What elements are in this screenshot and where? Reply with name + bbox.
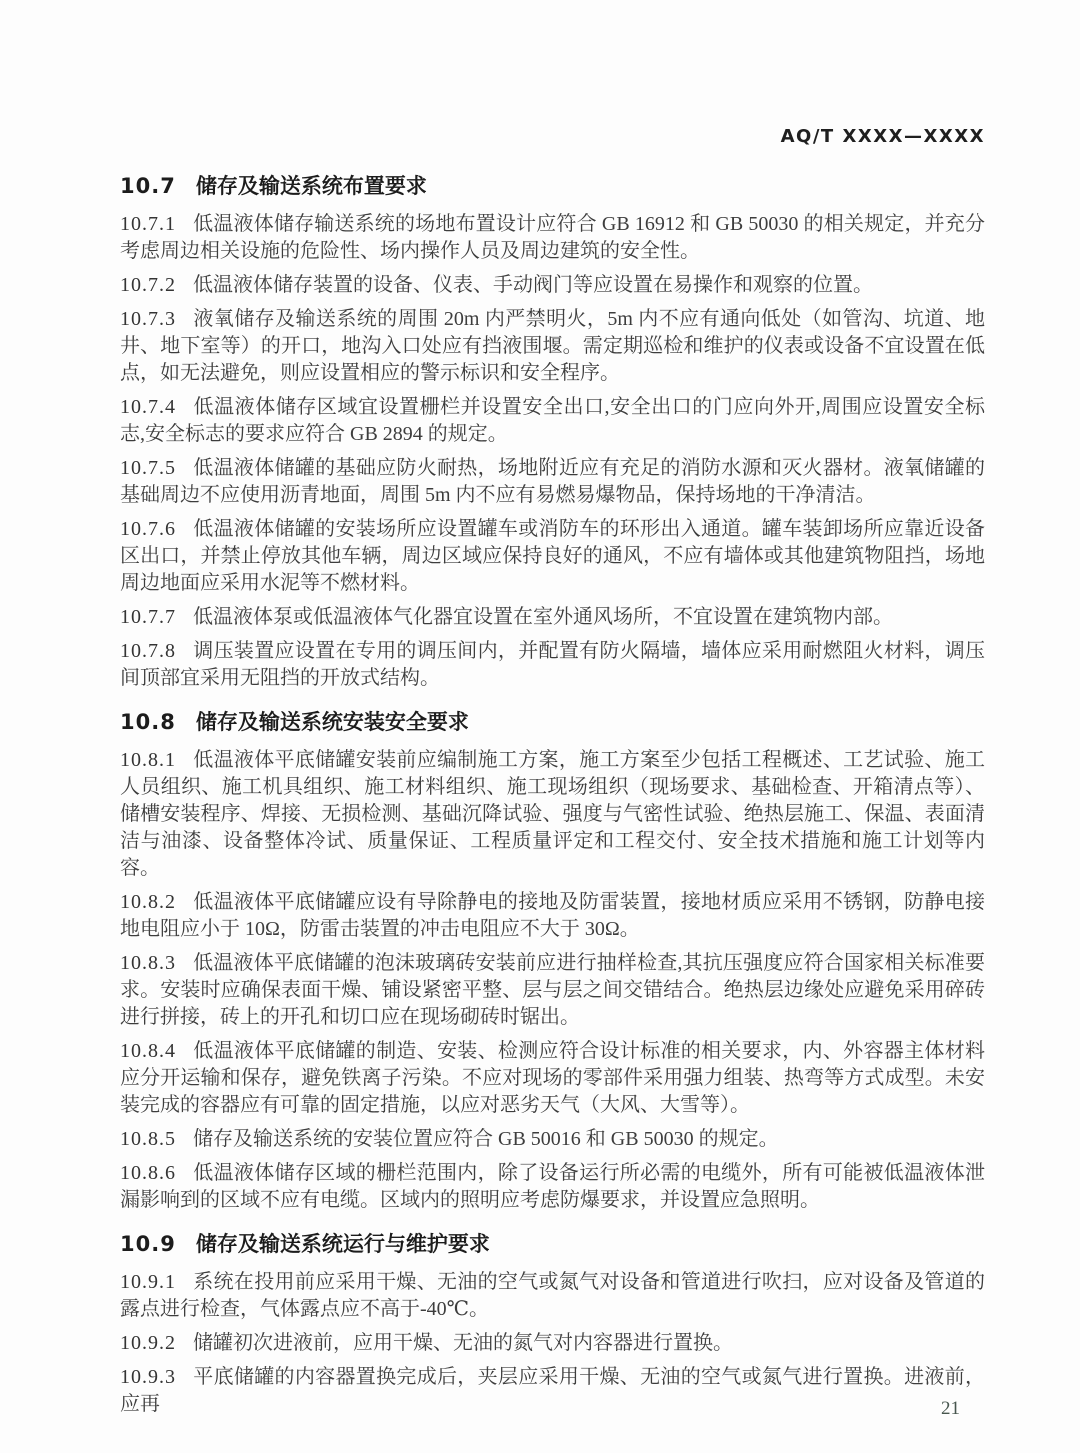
clause-number: 10.7.3	[120, 308, 176, 330]
clause-number: 10.9.1	[120, 1271, 176, 1293]
clause-number: 10.7.4	[120, 396, 176, 418]
clause-text: 低温液体平底储罐安装前应编制施工方案，施工方案至少包括工程概述、工艺试验、施工人…	[120, 749, 985, 879]
section-heading-10-9: 10.9储存及输送系统运行与维护要求	[120, 1232, 985, 1256]
clause-text: 储罐初次进液前，应用干燥、无油的氮气对内容器进行置换。	[193, 1332, 733, 1354]
document-content: AQ/T XXXX—XXXX 10.7储存及输送系统布置要求 10.7.1低温液…	[120, 0, 985, 1425]
clause-10-7-5: 10.7.5低温液体储罐的基础应防火耐热，场地附近应有充足的消防水源和灭火器材。…	[120, 455, 985, 509]
clause-text: 低温液体泵或低温液体气化器宜设置在室外通风场所，不宜设置在建筑物内部。	[193, 606, 893, 628]
clause-text: 低温液体储罐的基础应防火耐热，场地附近应有充足的消防水源和灭火器材。液氧储罐的基…	[120, 457, 985, 506]
section-number: 10.8	[120, 710, 176, 734]
clause-number: 10.7.1	[120, 213, 176, 235]
clause-10-8-3: 10.8.3低温液体平底储罐的泡沫玻璃砖安装前应进行抽样检查,其抗压强度应符合国…	[120, 950, 985, 1031]
clause-number: 10.8.4	[120, 1040, 176, 1062]
section-title: 储存及输送系统安装安全要求	[196, 710, 469, 734]
section-title: 储存及输送系统布置要求	[196, 174, 427, 198]
clause-text: 低温液体储存区域的栅栏范围内，除了设备运行所必需的电缆外，所有可能被低温液体泄漏…	[120, 1162, 985, 1211]
clause-10-7-4: 10.7.4低温液体储存区域宜设置栅栏并设置安全出口,安全出口的门应向外开,周围…	[120, 394, 985, 448]
section-heading-10-7: 10.7储存及输送系统布置要求	[120, 174, 985, 198]
clause-10-7-8: 10.7.8调压装置应设置在专用的调压间内，并配置有防火隔墙，墙体应采用耐燃阻火…	[120, 638, 985, 692]
clause-number: 10.9.2	[120, 1332, 176, 1354]
clause-10-7-7: 10.7.7低温液体泵或低温液体气化器宜设置在室外通风场所，不宜设置在建筑物内部…	[120, 604, 985, 631]
page-number: 21	[941, 1398, 960, 1420]
document-header: AQ/T XXXX—XXXX	[120, 126, 985, 148]
clause-text: 低温液体储罐的安装场所应设置罐车或消防车的环形出入通道。罐车装卸场所应靠近设备区…	[120, 518, 985, 594]
clause-text: 低温液体储存区域宜设置栅栏并设置安全出口,安全出口的门应向外开,周围应设置安全标…	[120, 396, 985, 445]
clause-number: 10.7.7	[120, 606, 176, 628]
clause-text: 低温液体储存输送系统的场地布置设计应符合 GB 16912 和 GB 50030…	[120, 213, 985, 262]
clause-text: 调压装置应设置在专用的调压间内，并配置有防火隔墙，墙体应采用耐燃阻火材料，调压间…	[120, 640, 985, 689]
clause-text: 低温液体平底储罐的制造、安装、检测应符合设计标准的相关要求，内、外容器主体材料应…	[120, 1040, 985, 1116]
clause-number: 10.7.6	[120, 518, 176, 540]
clause-number: 10.8.5	[120, 1128, 176, 1150]
document-page: AQ/T XXXX—XXXX 10.7储存及输送系统布置要求 10.7.1低温液…	[0, 0, 1080, 1453]
clause-text: 低温液体储存装置的设备、仪表、手动阀门等应设置在易操作和观察的位置。	[193, 274, 873, 296]
clause-number: 10.7.5	[120, 457, 176, 479]
section-number: 10.7	[120, 174, 176, 198]
clause-text: 储存及输送系统的安装位置应符合 GB 50016 和 GB 50030 的规定。	[193, 1128, 779, 1150]
clause-10-8-4: 10.8.4低温液体平底储罐的制造、安装、检测应符合设计标准的相关要求，内、外容…	[120, 1038, 985, 1119]
clause-number: 10.8.1	[120, 749, 176, 771]
clause-number: 10.8.3	[120, 952, 176, 974]
clause-10-8-2: 10.8.2低温液体平底储罐应设有导除静电的接地及防雷装置，接地材质应采用不锈钢…	[120, 889, 985, 943]
clause-10-7-6: 10.7.6低温液体储罐的安装场所应设置罐车或消防车的环形出入通道。罐车装卸场所…	[120, 516, 985, 597]
clause-10-9-2: 10.9.2储罐初次进液前，应用干燥、无油的氮气对内容器进行置换。	[120, 1330, 985, 1357]
clause-text: 低温液体平底储罐的泡沫玻璃砖安装前应进行抽样检查,其抗压强度应符合国家相关标准要…	[120, 952, 985, 1028]
clause-text: 平底储罐的内容器置换完成后，夹层应采用干燥、无油的空气或氮气进行置换。进液前，应…	[120, 1366, 985, 1415]
clause-number: 10.8.2	[120, 891, 176, 913]
section-heading-10-8: 10.8储存及输送系统安装安全要求	[120, 710, 985, 734]
clause-number: 10.9.3	[120, 1366, 176, 1388]
clause-text: 液氧储存及输送系统的周围 20m 内严禁明火，5m 内不应有通向低处（如管沟、坑…	[120, 308, 985, 384]
clause-10-9-1: 10.9.1系统在投用前应采用干燥、无油的空气或氮气对设备和管道进行吹扫，应对设…	[120, 1269, 985, 1323]
clause-number: 10.7.8	[120, 640, 176, 662]
clause-10-7-2: 10.7.2低温液体储存装置的设备、仪表、手动阀门等应设置在易操作和观察的位置。	[120, 272, 985, 299]
clause-10-8-1: 10.8.1低温液体平底储罐安装前应编制施工方案，施工方案至少包括工程概述、工艺…	[120, 747, 985, 882]
clause-10-8-6: 10.8.6低温液体储存区域的栅栏范围内，除了设备运行所必需的电缆外，所有可能被…	[120, 1160, 985, 1214]
clause-number: 10.8.6	[120, 1162, 176, 1184]
section-title: 储存及输送系统运行与维护要求	[196, 1232, 490, 1256]
clause-10-8-5: 10.8.5储存及输送系统的安装位置应符合 GB 50016 和 GB 5003…	[120, 1126, 985, 1153]
clause-10-7-1: 10.7.1低温液体储存输送系统的场地布置设计应符合 GB 16912 和 GB…	[120, 211, 985, 265]
clause-10-7-3: 10.7.3液氧储存及输送系统的周围 20m 内严禁明火，5m 内不应有通向低处…	[120, 306, 985, 387]
clause-number: 10.7.2	[120, 274, 176, 296]
standard-number: AQ/T XXXX—XXXX	[781, 126, 985, 147]
section-number: 10.9	[120, 1232, 176, 1256]
clause-text: 低温液体平底储罐应设有导除静电的接地及防雷装置，接地材质应采用不锈钢，防静电接地…	[120, 891, 985, 940]
clause-text: 系统在投用前应采用干燥、无油的空气或氮气对设备和管道进行吹扫，应对设备及管道的露…	[120, 1271, 985, 1320]
clause-10-9-3: 10.9.3平底储罐的内容器置换完成后，夹层应采用干燥、无油的空气或氮气进行置换…	[120, 1364, 985, 1418]
